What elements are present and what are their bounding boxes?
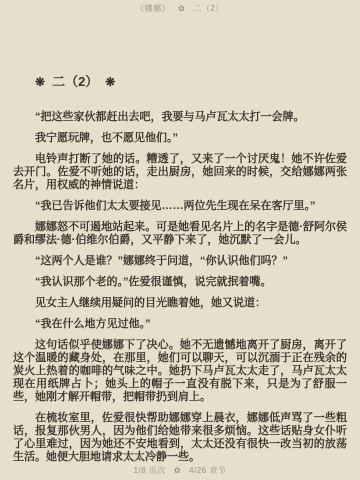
ornament-icon: ❋ bbox=[35, 75, 45, 89]
paragraph: 娜娜怒不可遏地站起来。可是她看见名片上的名字是德·舒阿尔侯爵和缪法·德·伯维尔伯… bbox=[13, 221, 347, 247]
page-content: ❋二（2）❋ “把这些家伙都赶出去吧，我要与马卢瓦太太打一会牌。 我宁愿玩牌，也… bbox=[13, 71, 347, 464]
book-title: 《娜娜》 bbox=[136, 4, 170, 13]
paragraph: “我在什么地方见过他。” bbox=[13, 318, 347, 331]
page-header: 《娜娜》✿二（2） bbox=[0, 3, 360, 14]
header-chapter-label: 二（2） bbox=[193, 4, 223, 13]
page-position: 1/8 页次 bbox=[134, 466, 166, 475]
section-heading: ❋二（2）❋ bbox=[13, 71, 347, 90]
paragraph: “这两个人是谁？”娜娜终于问道，“你认识他们吗？” bbox=[13, 255, 347, 268]
flower-separator-icon: ✿ bbox=[174, 466, 181, 475]
paragraph: 在梳妆室里，佐爱很快帮助娜娜穿上晨衣，娜娜低声骂了一些粗话，报复那伙男人，因为他… bbox=[13, 412, 347, 464]
flower-separator-icon: ✿ bbox=[178, 4, 185, 13]
paragraph: 见女主人继续用疑问的目光瞧着她，她又说道： bbox=[13, 297, 347, 310]
section-title-text: 二（2） bbox=[52, 74, 98, 89]
paragraph: “我已告诉他们太太要接见……两位先生现在呆在客厅里。” bbox=[13, 200, 347, 213]
paragraph: “把这些家伙都赶出去吧，我要与马卢瓦太太打一会牌。 bbox=[13, 111, 347, 124]
paragraph: 电铃声打断了她的话。糟透了，又来了一个讨厌鬼！她不许佐爱去开门。佐爱不听她的话，… bbox=[13, 153, 347, 192]
ornament-icon: ❋ bbox=[105, 75, 115, 89]
page-footer: 1/8 页次✿4/26 章节 bbox=[0, 465, 360, 476]
reader-page[interactable]: 《娜娜》✿二（2） ❋二（2）❋ “把这些家伙都赶出去吧，我要与马卢瓦太太打一会… bbox=[0, 0, 360, 480]
chapter-position: 4/26 章节 bbox=[189, 466, 226, 475]
paragraph: 我宁愿玩牌，也不愿见他们。” bbox=[13, 132, 347, 145]
paragraph: “我认识那个老的。”佐爱很谨慎，说完就抿着嘴。 bbox=[13, 276, 347, 289]
paragraph: 这句话似乎使娜娜下了决心。她不无遗憾地离开了厨房，离开了这个温暖的藏身处，在那里… bbox=[13, 339, 347, 404]
